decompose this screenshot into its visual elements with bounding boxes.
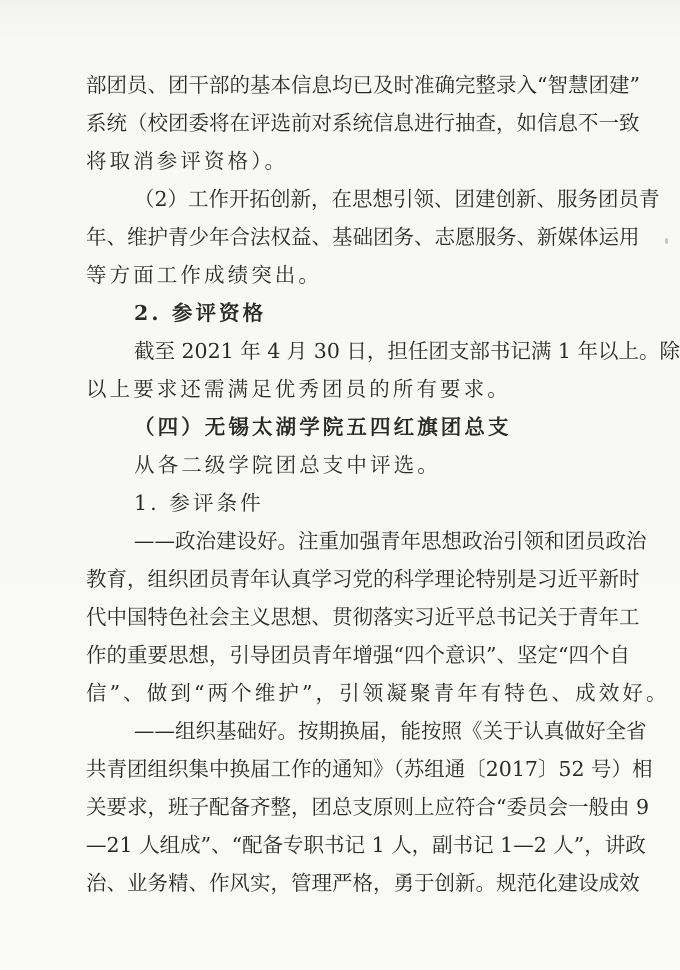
text-line: 以上要求还需满足优秀团员的所有要求。 bbox=[86, 377, 616, 401]
text-line: 代中国特色社会主义思想、贯彻落实习近平总书记关于青年工 bbox=[86, 605, 616, 629]
section-heading: （四）无锡太湖学院五四红旗团总支 bbox=[134, 415, 616, 439]
paragraph-start: 截至 2021 年 4 月 30 日，担任团支部书记满 1 年以上。除 bbox=[134, 339, 616, 363]
text-line: 系统（校团委将在评选前对系统信息进行抽查，如信息不一致 bbox=[86, 111, 616, 135]
text-line: —21 人组成”、“配备专职书记 1 人，副书记 1—2 人”，讲政 bbox=[86, 833, 616, 857]
text-line: 部团员、团干部的基本信息均已及时准确完整录入“智慧团建” bbox=[86, 73, 616, 97]
paragraph-start: 从各二级学院团总支中评选。 bbox=[134, 453, 616, 477]
text-line: 作的重要思想，引导团员青年增强“四个意识”、坚定“四个自 bbox=[86, 643, 616, 667]
text-line: 治、业务精、作风实，管理严格，勇于创新。规范化建设成效 bbox=[86, 871, 616, 895]
text-line: 教育，组织团员青年认真学习党的科学理论特别是习近平新时 bbox=[86, 567, 616, 591]
document-page: 部团员、团干部的基本信息均已及时准确完整录入“智慧团建” 系统（校团委将在评选前… bbox=[0, 0, 680, 970]
text-line: 共青团组织集中换届工作的通知》（苏组通〔2017〕52 号）相 bbox=[86, 757, 616, 781]
text-line: 关要求，班子配备齐整，团总支原则上应符合“委员会一般由 9 bbox=[86, 795, 616, 819]
paragraph-start: ——组织基础好。按期换届，能按照《关于认真做好全省 bbox=[134, 719, 616, 743]
scan-speck bbox=[665, 238, 668, 244]
subsection-heading: 1. 参评条件 bbox=[134, 491, 616, 515]
section-heading: 2. 参评资格 bbox=[134, 301, 616, 325]
text-line: 信”、做到“两个维护”，引领凝聚青年有特色、成效好。 bbox=[86, 681, 616, 705]
text-line: 将取消参评资格）。 bbox=[86, 149, 616, 173]
paragraph-start: （2）工作开拓创新，在思想引领、团建创新、服务团员青 bbox=[134, 187, 616, 211]
text-line: 年、维护青少年合法权益、基础团务、志愿服务、新媒体运用 bbox=[86, 225, 616, 249]
paragraph-start: ——政治建设好。注重加强青年思想政治引领和团员政治 bbox=[134, 529, 616, 553]
text-line: 等方面工作成绩突出。 bbox=[86, 263, 616, 287]
